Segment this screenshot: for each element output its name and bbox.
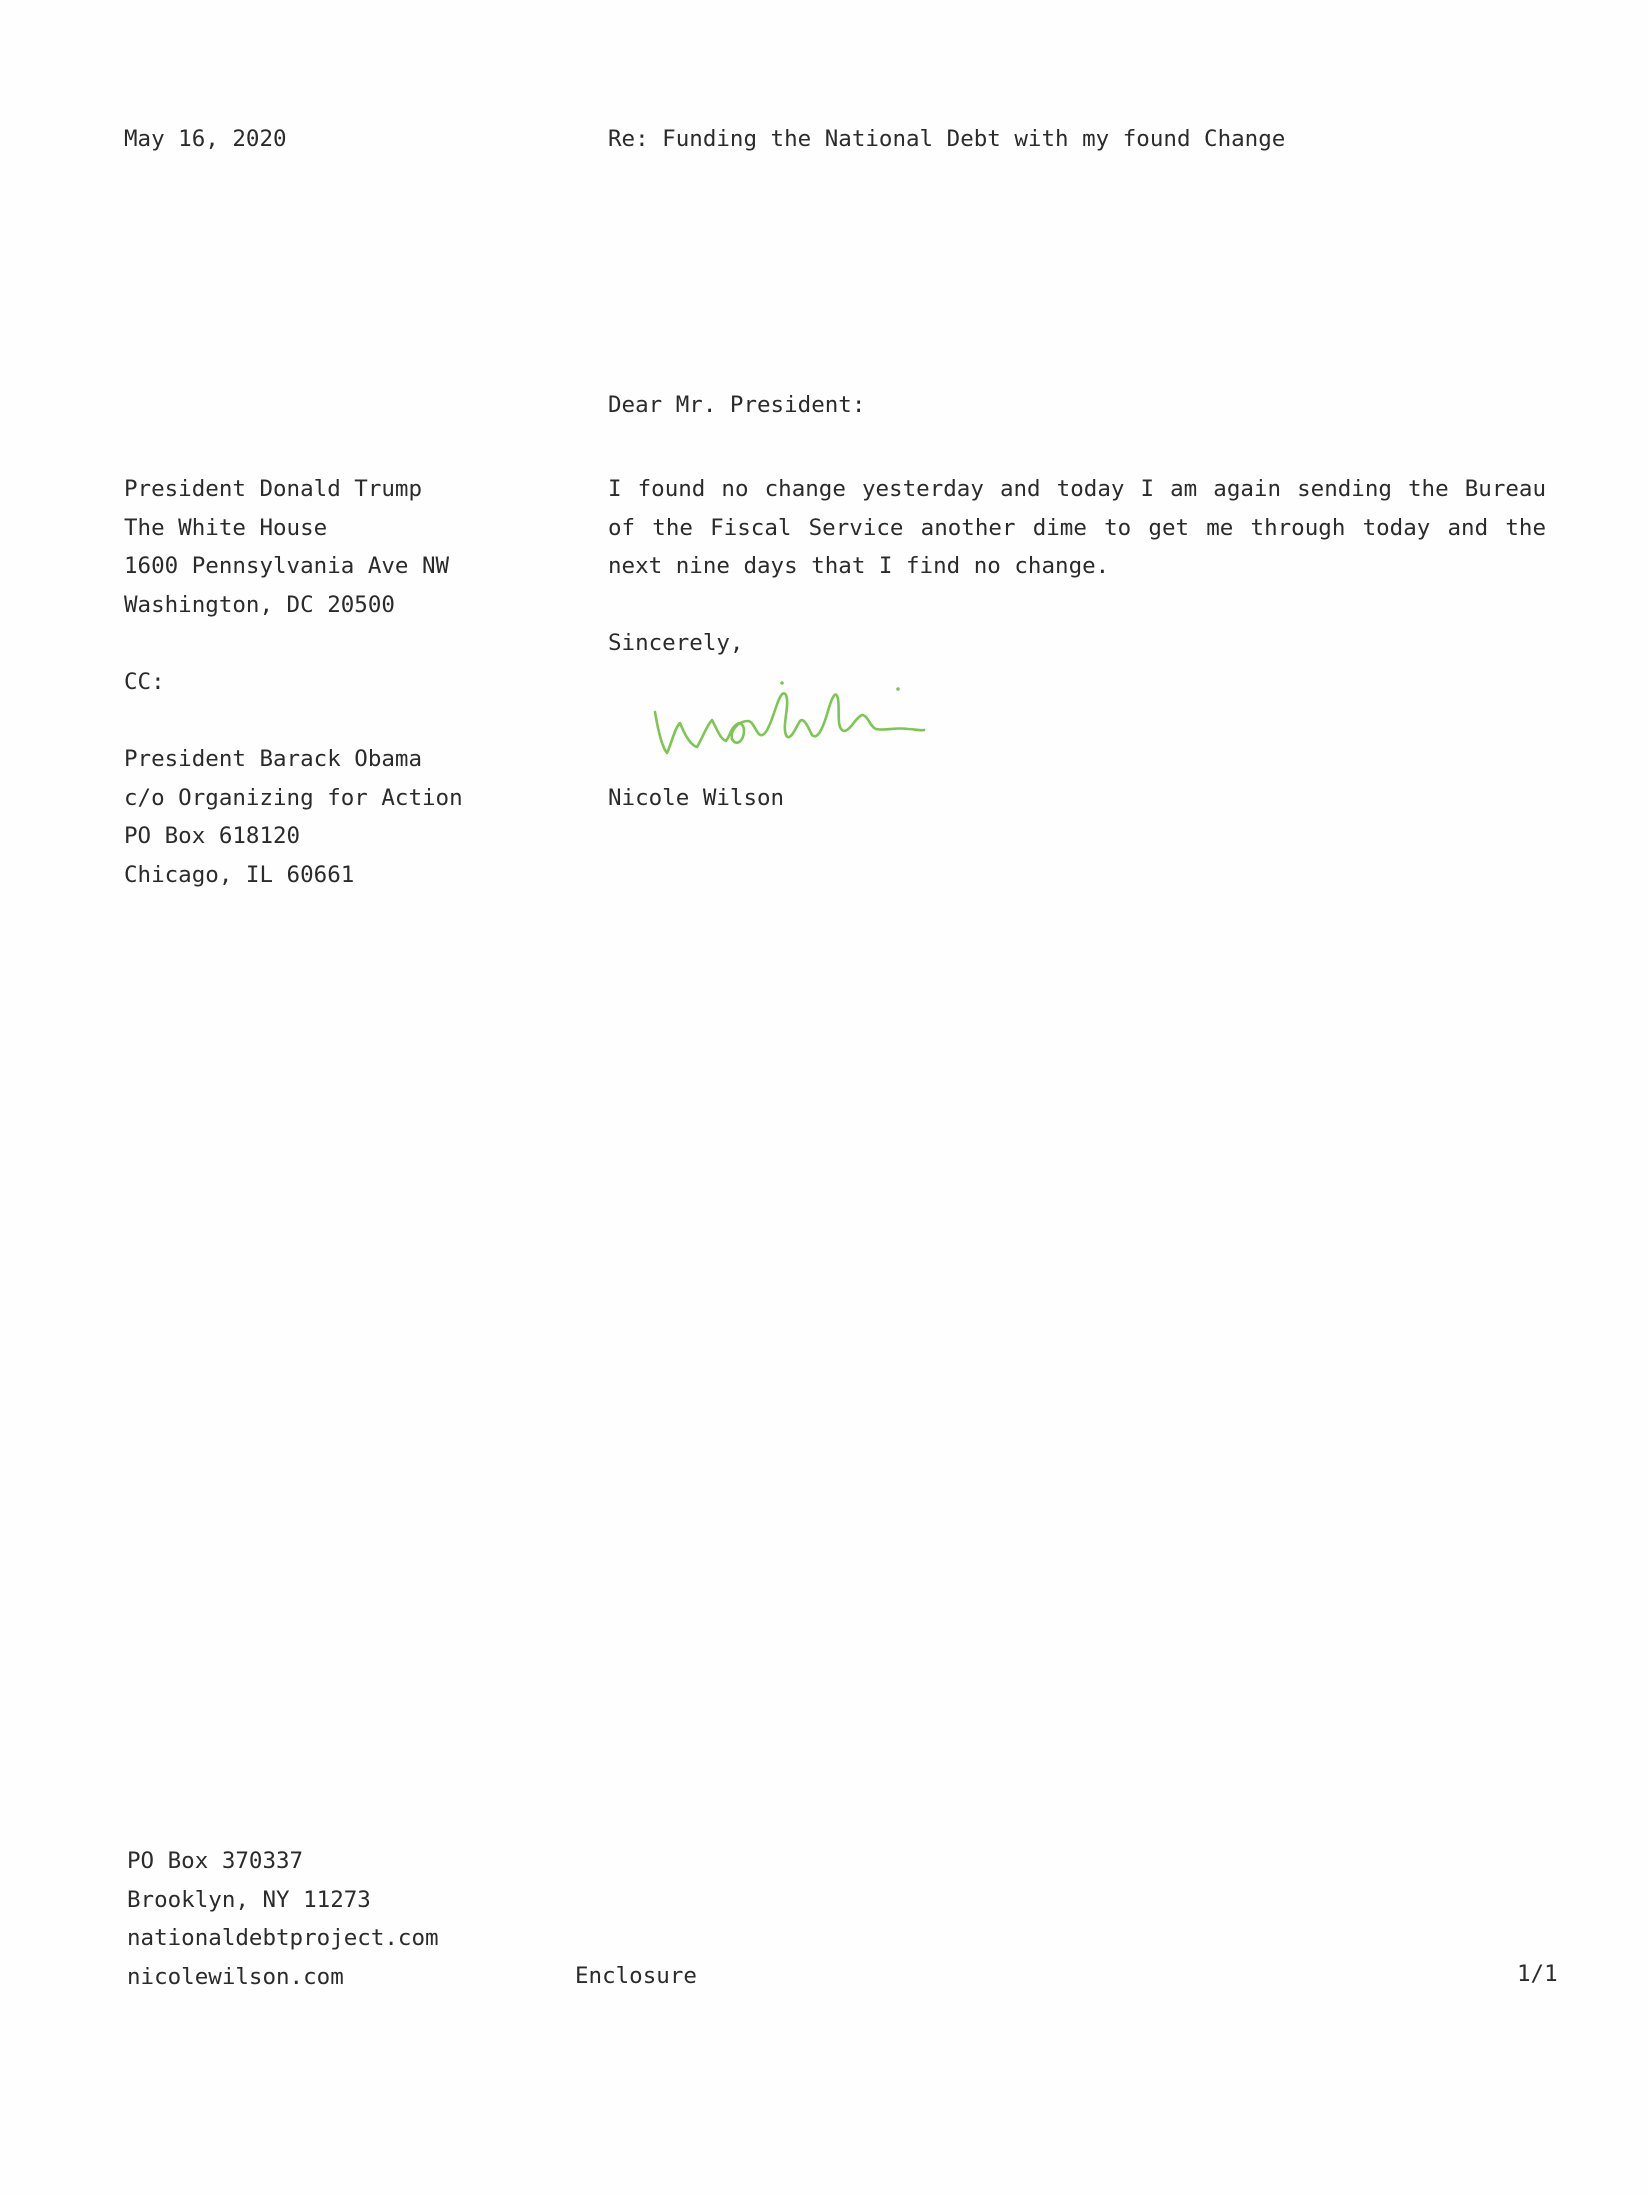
sender-website-link[interactable]: nationaldebtproject.com xyxy=(127,1927,439,1950)
closing: Sincerely, xyxy=(608,632,743,655)
cc-recipient-line: Chicago, IL 60661 xyxy=(124,864,354,887)
signature xyxy=(640,655,940,770)
cc-label: CC: xyxy=(124,671,165,694)
sender-line: Brooklyn, NY 11273 xyxy=(127,1889,371,1912)
sender-line: PO Box 370337 xyxy=(127,1850,303,1873)
recipient-line: 1600 Pennsylvania Ave NW xyxy=(124,555,449,578)
cc-recipient-line: President Barack Obama xyxy=(124,748,422,771)
recipient-line: Washington, DC 20500 xyxy=(124,594,395,617)
body-line: next nine days that I find no change. xyxy=(608,555,1546,578)
signer-name: Nicole Wilson xyxy=(608,787,784,810)
salutation: Dear Mr. President: xyxy=(608,394,865,417)
enclosure-note: Enclosure xyxy=(575,1965,697,1988)
sender-website-link[interactable]: nicolewilson.com xyxy=(127,1966,344,1989)
letter-date: May 16, 2020 xyxy=(124,128,287,151)
page-number: 1/1 xyxy=(1517,1963,1558,1986)
body-line: of the Fiscal Service another dime to ge… xyxy=(608,517,1546,540)
recipient-line: The White House xyxy=(124,517,327,540)
cc-recipient-line: c/o Organizing for Action xyxy=(124,787,463,810)
body-line: I found no change yesterday and today I … xyxy=(608,478,1546,501)
letter-page: May 16, 2020 Re: Funding the National De… xyxy=(0,0,1648,2195)
cc-recipient-line: PO Box 618120 xyxy=(124,825,300,848)
letter-subject: Re: Funding the National Debt with my fo… xyxy=(608,128,1285,151)
recipient-line: President Donald Trump xyxy=(124,478,422,501)
